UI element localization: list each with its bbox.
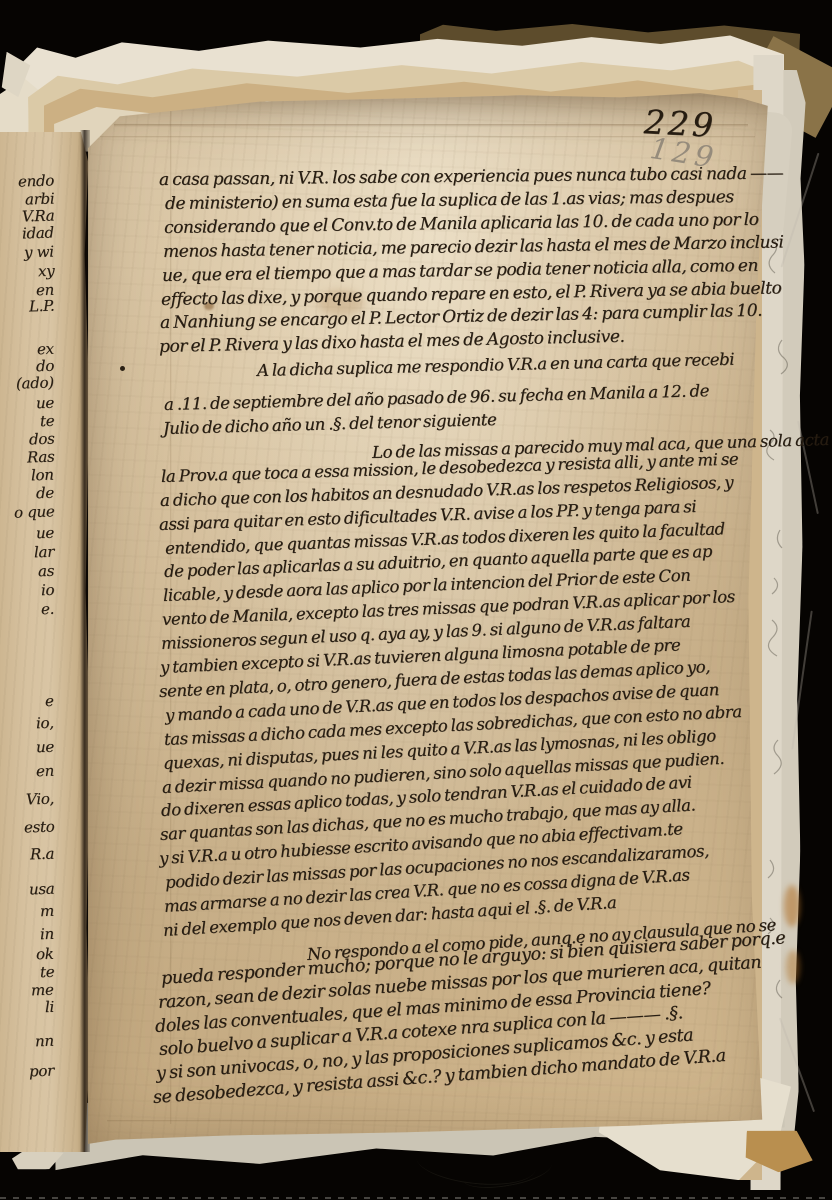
manuscript-text: a casa passan, ni V.R. los sabe con expe… [0,0,832,1200]
manuscript-line: de ministerio) en suma esta fue la supli… [165,187,734,214]
manuscript-line: Julio de dicho año un .§. del tenor sigu… [163,410,497,438]
manuscript-photo: endoarbiV.Raidady wixyenL.P.exdo(ado)uet… [0,0,832,1200]
manuscript-line: A la dicha suplica me respondio V.R.a en… [257,350,735,380]
manuscript-line: a casa passan, ni V.R. los sabe con expe… [159,163,783,190]
manuscript-line: a .11. de septiembre del año pasado de 9… [164,381,709,414]
